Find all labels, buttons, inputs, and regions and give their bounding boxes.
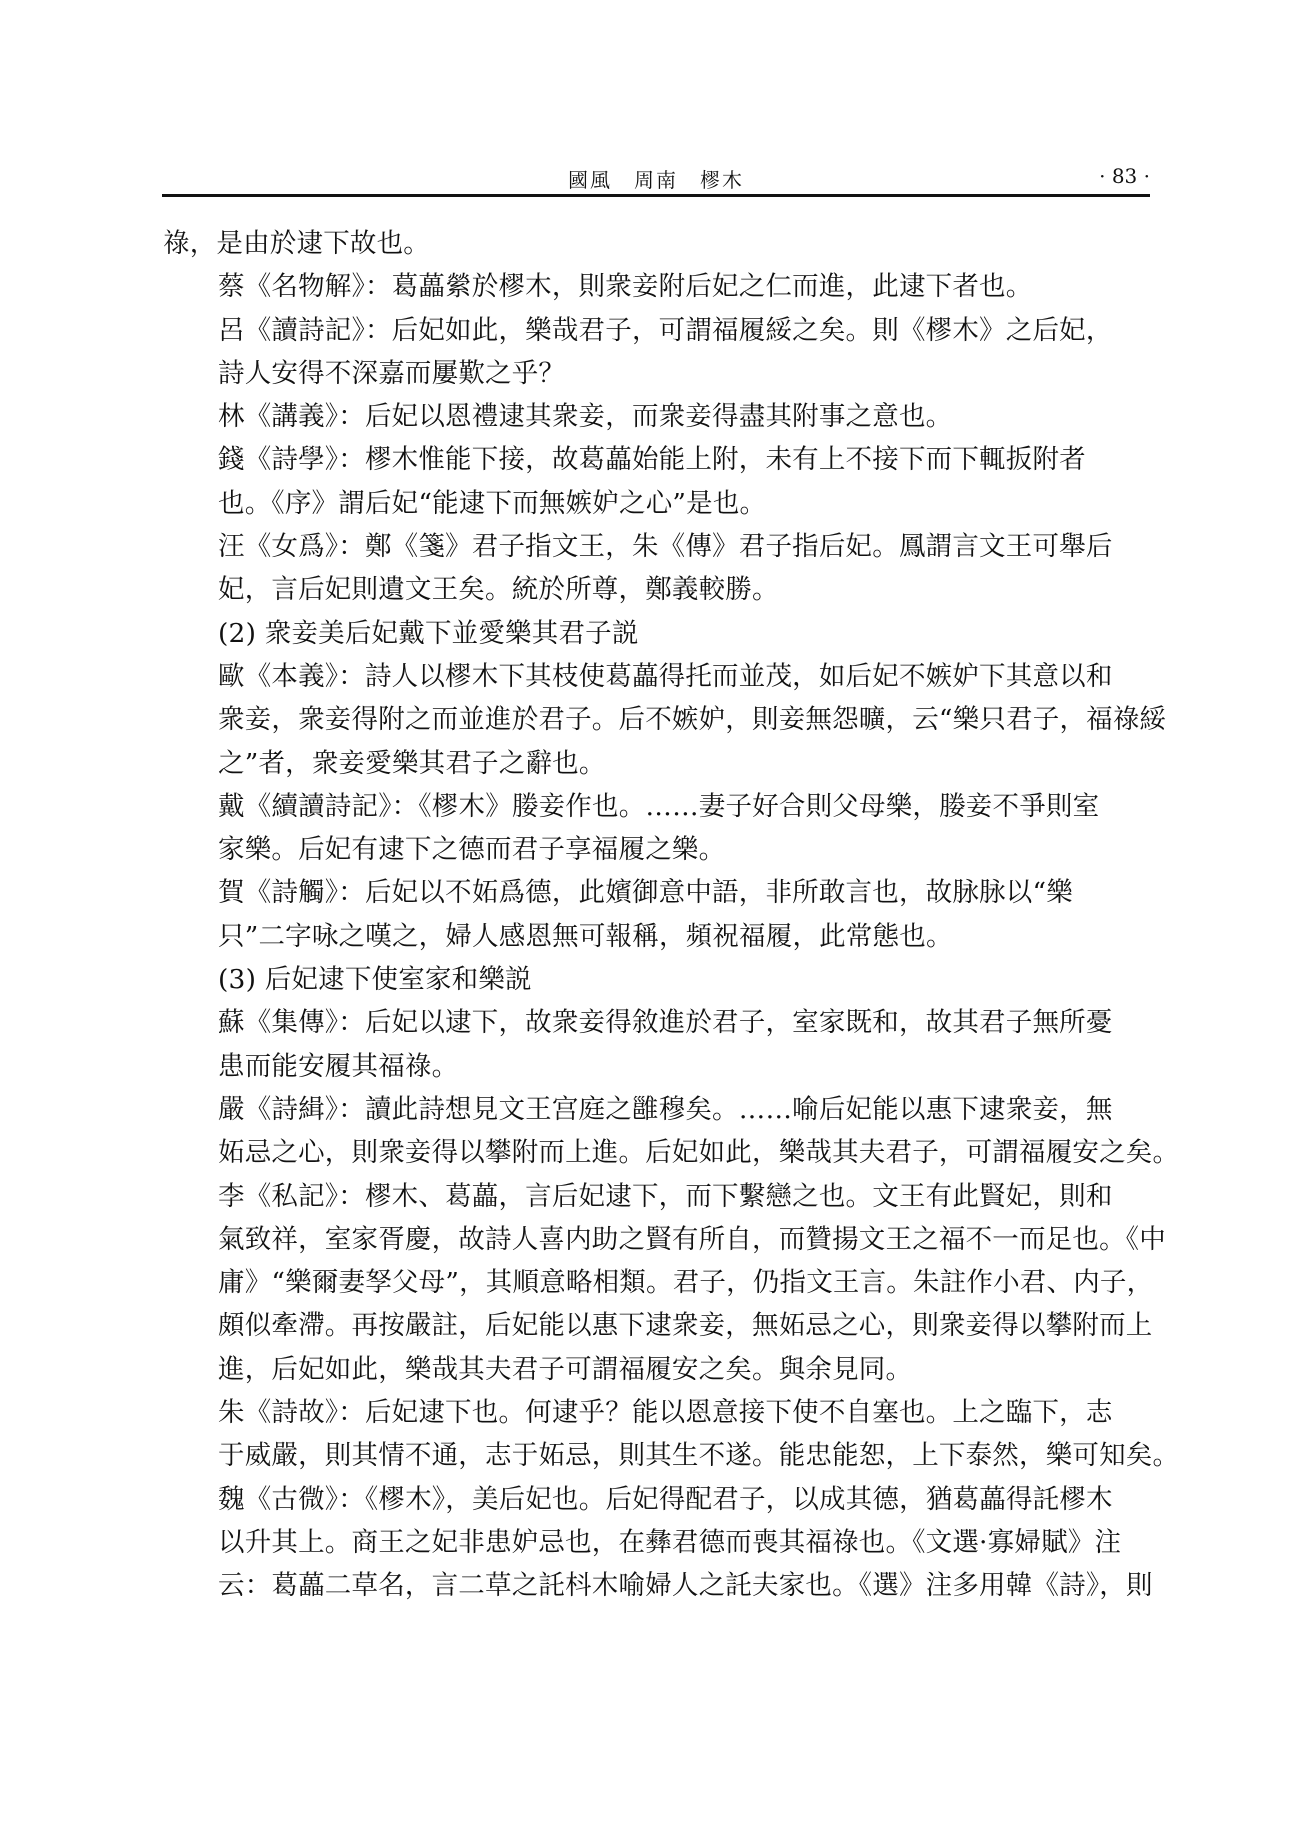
paragraph: 魏《古微》：《樛木》，美后妃也。后妃得配君子，以成其德，猶葛藟得託樛木以升其上。… <box>163 1478 1151 1608</box>
text-line: 家樂。后妃有逮下之德而君子享福履之樂。 <box>163 828 1151 871</box>
text-line: 妃，言后妃則遺文王矣。統於所尊，鄭義較勝。 <box>163 568 1151 611</box>
text-line: 氣致祥，室家胥慶，故詩人喜内助之賢有所自，而贊揚文王之福不一而足也。《中 <box>163 1218 1151 1261</box>
text-line: 蔡《名物解》：葛藟縈於樛木，則衆妾附后妃之仁而進，此逮下者也。 <box>163 265 1151 308</box>
paragraph: 賀《詩觸》：后妃以不妬爲德，此嬪御意中語，非所敢言也，故脉脉以“樂只”二字咏之嘆… <box>163 871 1151 958</box>
header-rule <box>162 194 1150 197</box>
text-line: 蘇《集傳》：后妃以逮下，故衆妾得敘進於君子，室家既和，故其君子無所憂 <box>163 1001 1151 1044</box>
text-line: 錢《詩學》：樛木惟能下接，故葛藟始能上附，未有上不接下而下輒扳附者 <box>163 438 1151 481</box>
paragraph: 李《私記》：樛木、葛藟，言后妃逮下，而下繫戀之也。文王有此賢妃，則和氣致祥，室家… <box>163 1175 1151 1391</box>
text-line: 林《講義》：后妃以恩禮逮其衆妾，而衆妾得盡其附事之意也。 <box>163 395 1151 438</box>
paragraph: 蘇《集傳》：后妃以逮下，故衆妾得敘進於君子，室家既和，故其君子無所憂患而能安履其… <box>163 1001 1151 1088</box>
page-body: 祿，是由於逮下故也。蔡《名物解》：葛藟縈於樛木，則衆妾附后妃之仁而進，此逮下者也… <box>163 222 1151 1608</box>
book-page: 國風 周南 樛木 · 83 · 祿，是由於逮下故也。蔡《名物解》：葛藟縈於樛木，… <box>0 0 1300 1827</box>
text-line: 患而能安履其福祿。 <box>163 1045 1151 1088</box>
page-number: · 83 · <box>1099 164 1150 188</box>
paragraph: 汪《女爲》：鄭《箋》君子指文王，朱《傳》君子指后妃。鳳謂言文王可舉后妃，言后妃則… <box>163 525 1151 612</box>
paragraph: 歐《本義》：詩人以樛木下其枝使葛藟得托而並茂，如后妃不嫉妒下其意以和衆妾，衆妾得… <box>163 655 1151 785</box>
text-line: 戴《續讀詩記》：《樛木》媵妾作也。……妻子好合則父母樂，媵妾不爭則室 <box>163 785 1151 828</box>
text-line: 進，后妃如此，樂哉其夫君子可謂福履安之矣。與余見同。 <box>163 1348 1151 1391</box>
text-line: 只”二字咏之嘆之，婦人感恩無可報稱，頻祝福履，此常態也。 <box>163 915 1151 958</box>
paragraph: (3) 后妃逮下使室家和樂説 <box>163 958 1151 1001</box>
text-line: 詩人安得不深嘉而屢歎之乎？ <box>163 352 1151 395</box>
text-line: 賀《詩觸》：后妃以不妬爲德，此嬪御意中語，非所敢言也，故脉脉以“樂 <box>163 871 1151 914</box>
text-line: (3) 后妃逮下使室家和樂説 <box>163 958 1151 1001</box>
text-line: 呂《讀詩記》：后妃如此，樂哉君子，可謂福履綏之矣。則《樛木》之后妃， <box>163 309 1151 352</box>
text-line: 也。《序》謂后妃“能逮下而無嫉妒之心”是也。 <box>163 482 1151 525</box>
text-line: 汪《女爲》：鄭《箋》君子指文王，朱《傳》君子指后妃。鳳謂言文王可舉后 <box>163 525 1151 568</box>
paragraph: 呂《讀詩記》：后妃如此，樂哉君子，可謂福履綏之矣。則《樛木》之后妃，詩人安得不深… <box>163 309 1151 396</box>
paragraph: 蔡《名物解》：葛藟縈於樛木，則衆妾附后妃之仁而進，此逮下者也。 <box>163 265 1151 308</box>
text-line: 之”者，衆妾愛樂其君子之辭也。 <box>163 742 1151 785</box>
text-line: 衆妾，衆妾得附之而並進於君子。后不嫉妒，則妾無怨曠，云“樂只君子，福祿綏 <box>163 698 1151 741</box>
text-line: 頗似牽滯。再按嚴註，后妃能以惠下逮衆妾，無妬忌之心，則衆妾得以攀附而上 <box>163 1304 1151 1347</box>
paragraph: (2) 衆妾美后妃戴下並愛樂其君子説 <box>163 612 1151 655</box>
paragraph: 嚴《詩緝》：讀此詩想見文王宫庭之雝穆矣。……喻后妃能以惠下逮衆妾，無妬忌之心，則… <box>163 1088 1151 1175</box>
text-line: 魏《古微》：《樛木》，美后妃也。后妃得配君子，以成其德，猶葛藟得託樛木 <box>163 1478 1151 1521</box>
text-line: 嚴《詩緝》：讀此詩想見文王宫庭之雝穆矣。……喻后妃能以惠下逮衆妾，無 <box>163 1088 1151 1131</box>
text-line: 歐《本義》：詩人以樛木下其枝使葛藟得托而並茂，如后妃不嫉妒下其意以和 <box>163 655 1151 698</box>
paragraph: 祿，是由於逮下故也。 <box>163 222 1151 265</box>
paragraph: 林《講義》：后妃以恩禮逮其衆妾，而衆妾得盡其附事之意也。 <box>163 395 1151 438</box>
text-line: 朱《詩故》：后妃逮下也。何逮乎？能以恩意接下使不自塞也。上之臨下，志 <box>163 1391 1151 1434</box>
text-line: 妬忌之心，則衆妾得以攀附而上進。后妃如此，樂哉其夫君子，可謂福履安之矣。 <box>163 1131 1151 1174</box>
text-line: 以升其上。商王之妃非患妒忌也，在彝君德而喪其福祿也。《文選·寡婦賦》注 <box>163 1521 1151 1564</box>
text-line: 于威嚴，則其情不通，志于妬忌，則其生不遂。能忠能恕，上下泰然，樂可知矣。 <box>163 1434 1151 1477</box>
paragraph: 錢《詩學》：樛木惟能下接，故葛藟始能上附，未有上不接下而下輒扳附者也。《序》謂后… <box>163 438 1151 525</box>
text-line: 祿，是由於逮下故也。 <box>163 222 1151 265</box>
paragraph: 戴《續讀詩記》：《樛木》媵妾作也。……妻子好合則父母樂，媵妾不爭則室家樂。后妃有… <box>163 785 1151 872</box>
paragraph: 朱《詩故》：后妃逮下也。何逮乎？能以恩意接下使不自塞也。上之臨下，志于威嚴，則其… <box>163 1391 1151 1478</box>
text-line: 李《私記》：樛木、葛藟，言后妃逮下，而下繫戀之也。文王有此賢妃，則和 <box>163 1175 1151 1218</box>
text-line: 庸》“樂爾妻孥父母”，其順意略相類。君子，仍指文王言。朱註作小君、内子， <box>163 1261 1151 1304</box>
text-line: 云：葛藟二草名，言二草之託枓木喻婦人之託夫家也。《選》注多用韓《詩》，則 <box>163 1564 1151 1607</box>
running-head: 國風 周南 樛木 · 83 · <box>162 158 1150 194</box>
running-title: 國風 周南 樛木 <box>162 164 1150 193</box>
text-line: (2) 衆妾美后妃戴下並愛樂其君子説 <box>163 612 1151 655</box>
